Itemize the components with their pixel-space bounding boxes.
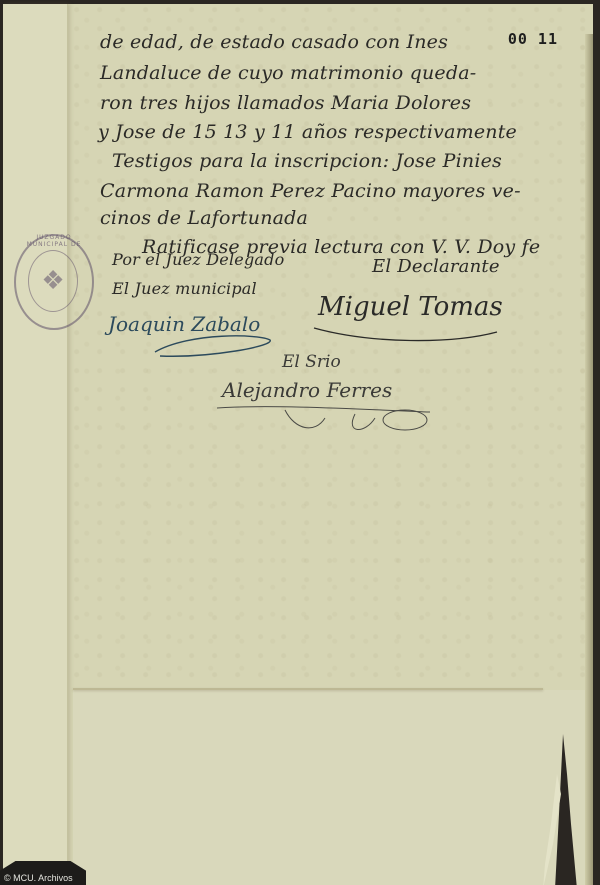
archive-watermark: © MCU. Archivos Estatales <box>0 861 86 885</box>
signature-secretary: Alejandro Ferres <box>222 378 392 402</box>
label-municipal-judge: El Juez municipal <box>112 279 257 298</box>
stamp-text: JUZGADO MUNICIPAL DE <box>16 234 92 248</box>
text-line-3: ron tres hijos llamados Maria Dolores <box>100 92 471 114</box>
label-judge-delegate: Por el Juez Delegado <box>112 250 284 269</box>
eagle-emblem-icon: ❖ <box>41 266 64 296</box>
text-line-2: Landaluce de cuyo matrimonio queda- <box>100 62 476 84</box>
label-secretary: El Srio <box>282 352 341 372</box>
signature-flourish-judge <box>150 330 280 360</box>
text-line-6: Carmona Ramon Perez Pacino mayores ve- <box>100 180 521 202</box>
official-stamp: JUZGADO MUNICIPAL DE ❖ <box>14 234 94 330</box>
left-fold-flap <box>3 4 68 885</box>
folio-number: 00 11 <box>508 30 558 48</box>
text-line-7: cinos de Lafortunada <box>100 207 308 229</box>
fold-crease <box>73 688 543 690</box>
text-line-5: Testigos para la inscripcion: Jose Pinie… <box>112 150 502 172</box>
page-edge <box>585 34 593 885</box>
label-declarant: El Declarante <box>372 256 500 277</box>
signature-flourish-declarant <box>312 322 502 352</box>
signature-flourish-secretary <box>215 400 435 440</box>
lower-fold-panel <box>73 690 593 885</box>
signature-declarant: Miguel Tomas <box>318 292 503 322</box>
text-line-4: y Jose de 15 13 y 11 años respectivament… <box>98 121 517 143</box>
text-line-1: de edad, de estado casado con Ines <box>100 31 448 53</box>
torn-paper-corner <box>543 734 583 885</box>
